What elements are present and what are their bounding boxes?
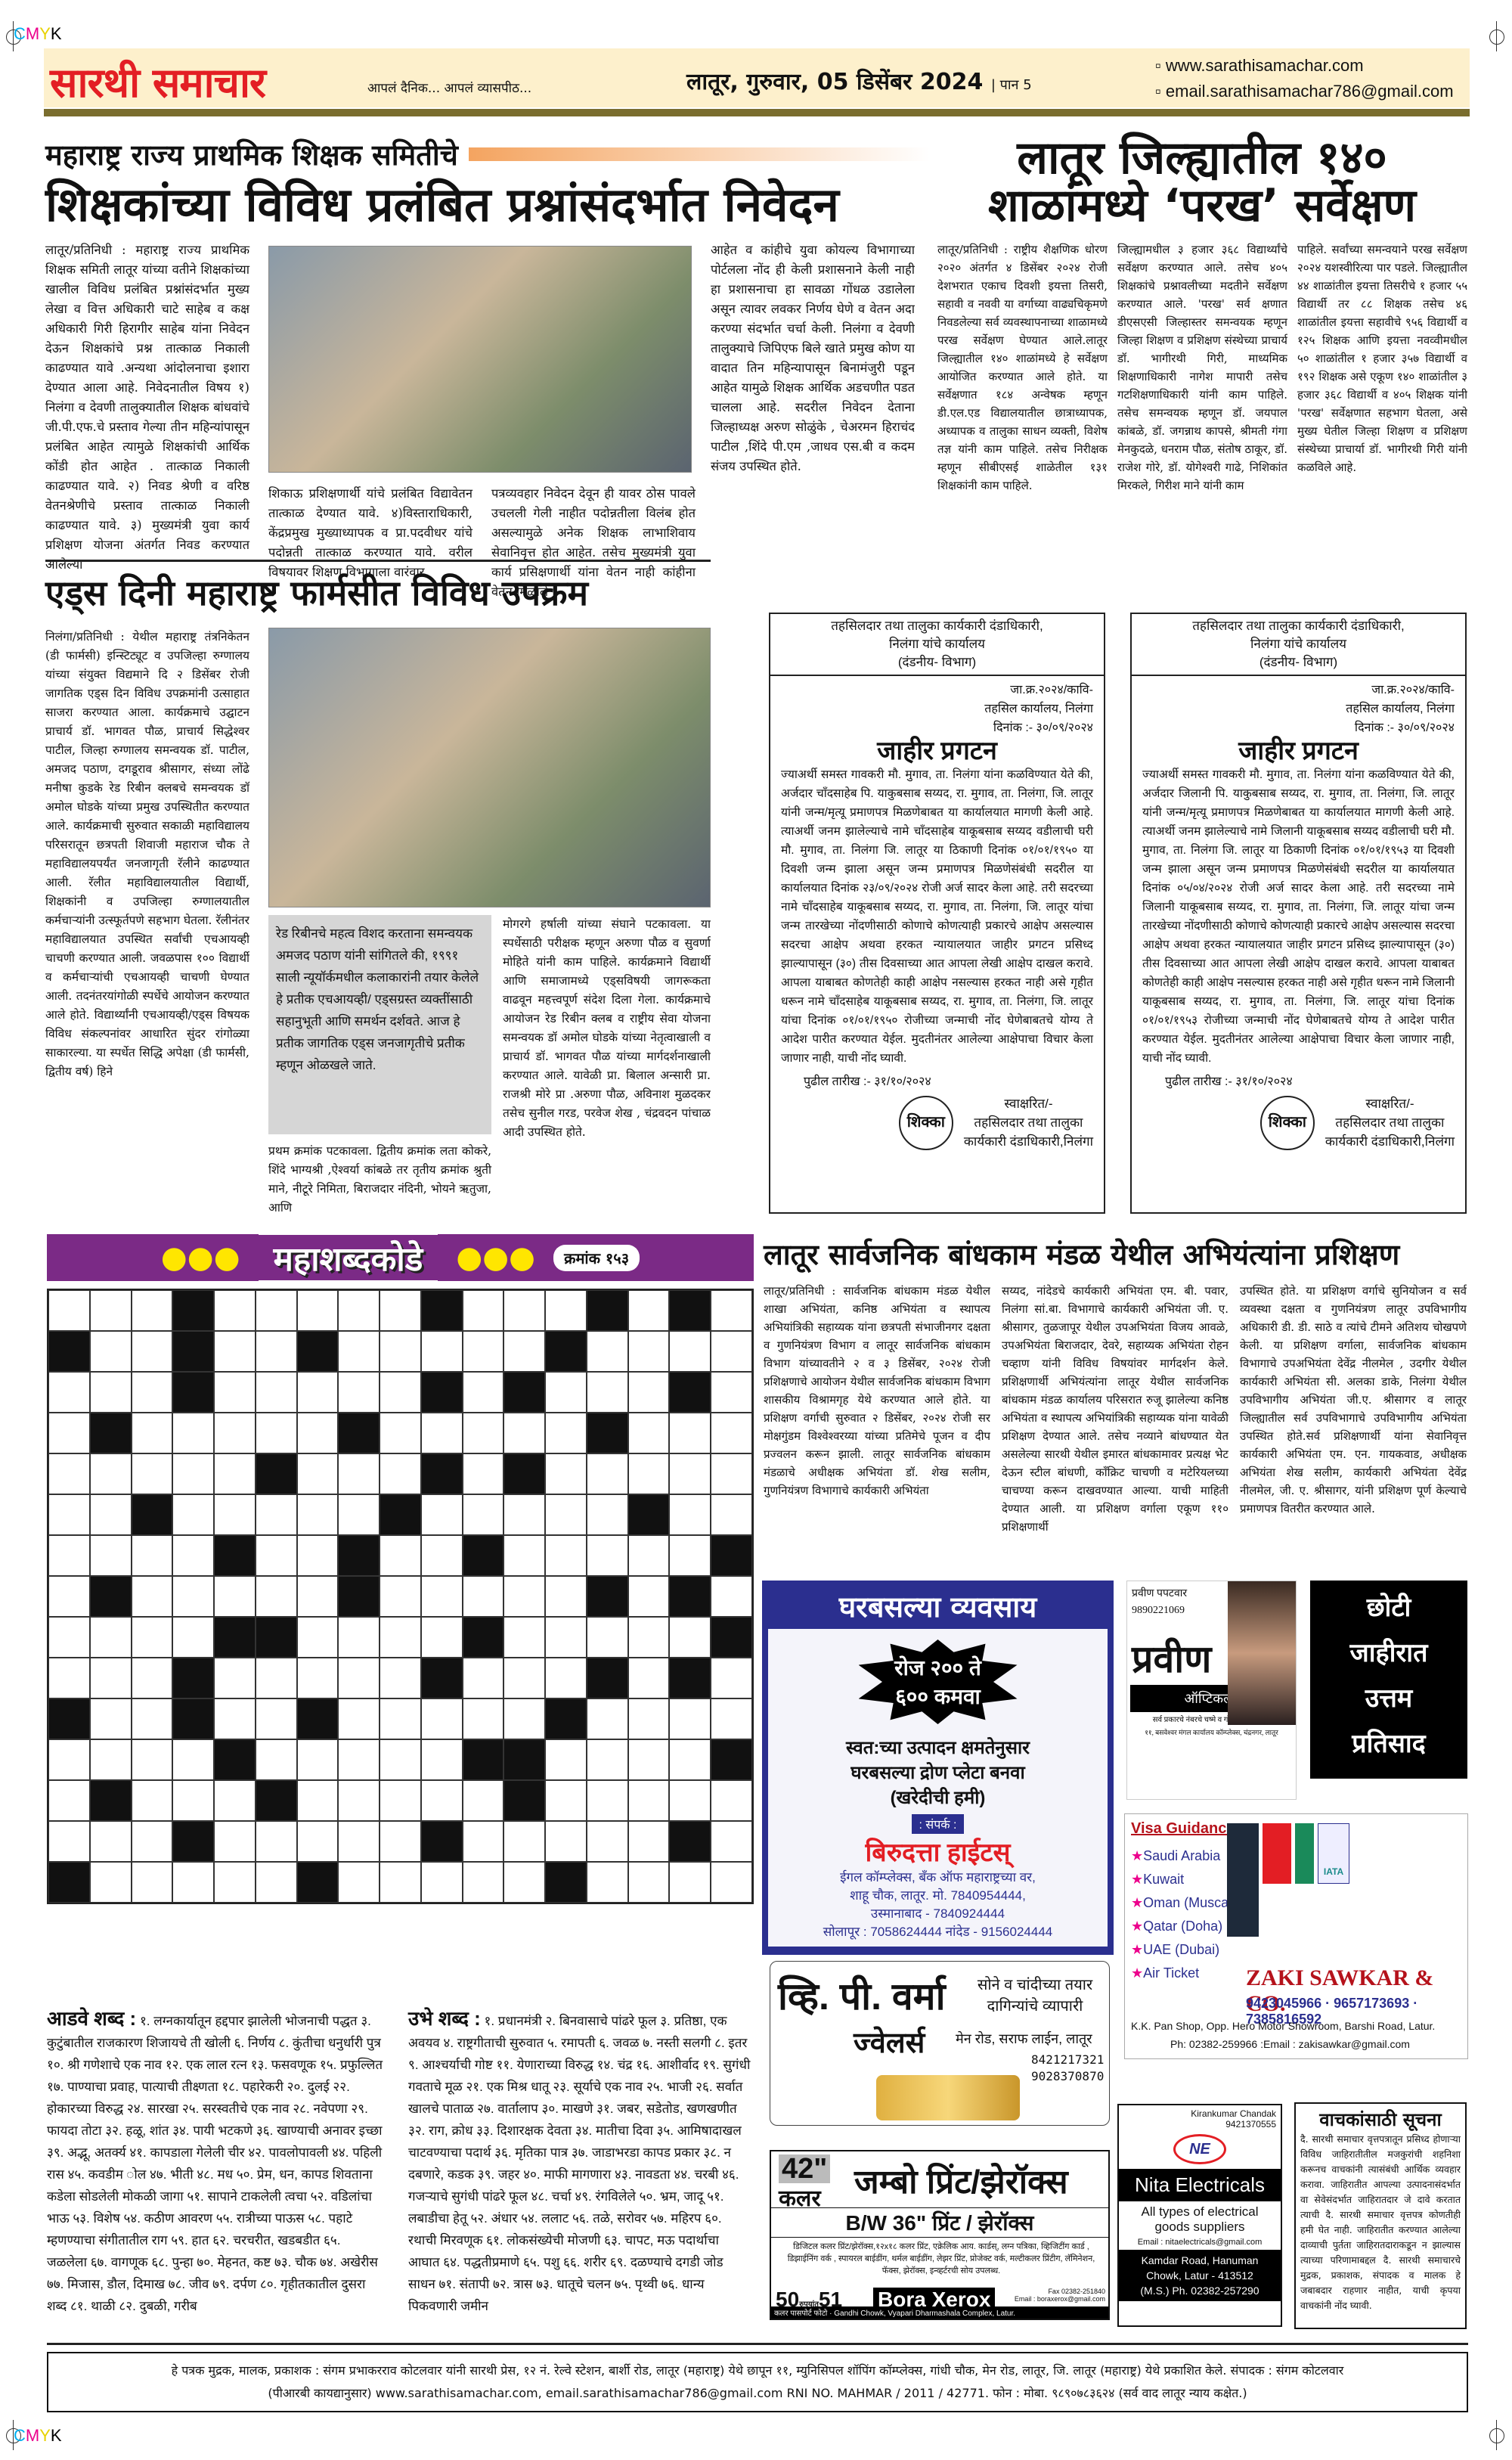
crossword-cell[interactable] <box>256 1658 297 1698</box>
crossword-cell[interactable] <box>380 1290 421 1331</box>
crossword-cell <box>587 1413 628 1453</box>
bw-line: B/W 36" प्रिंट / झेरॉक्स <box>771 2207 1108 2238</box>
seal-stamp: शिक्का <box>1260 1096 1315 1150</box>
crossword-cell[interactable] <box>48 1290 90 1331</box>
crossword-cell[interactable] <box>628 1739 670 1780</box>
signature: स्वाक्षरित/- <box>964 1094 1093 1113</box>
crossword-cell[interactable] <box>48 1576 90 1617</box>
ad-phone: 9028370870 <box>1031 2069 1104 2083</box>
ad-address: उस्मानाबाद - 7840924444 <box>768 1905 1108 1923</box>
crossword-cell[interactable] <box>463 1290 504 1331</box>
notice-next-date: पुढील तारीख :- ३१/१०/२०२४ <box>781 1072 1093 1091</box>
crossword-cell[interactable] <box>132 1658 173 1698</box>
crossword-cell[interactable] <box>711 1494 752 1535</box>
crossword-cell[interactable] <box>669 1453 711 1494</box>
crossword-cell[interactable] <box>545 1658 587 1698</box>
crossword-cell <box>503 1780 545 1821</box>
crossword-cell[interactable] <box>338 1658 380 1698</box>
crossword-cell[interactable] <box>297 1535 339 1576</box>
crossword-cell <box>463 1617 504 1658</box>
crossword-cell <box>256 1453 297 1494</box>
crossword-cell <box>628 1494 670 1535</box>
notice-next-date: पुढील तारीख :- ३१/१०/२०२४ <box>1142 1072 1455 1091</box>
crossword-cell[interactable] <box>90 1698 132 1739</box>
masthead: सारथी समाचार आपलं दैनिक... आपलं व्यासपीठ… <box>44 48 1470 107</box>
signatory-office: कार्यकारी दंडाधिकारी,निलंगा <box>964 1132 1093 1151</box>
crossword-cell[interactable] <box>587 1372 628 1413</box>
crossword-cell[interactable] <box>132 1862 173 1903</box>
crossword-cell <box>421 1372 463 1413</box>
crossword-cell[interactable] <box>48 1372 90 1413</box>
ad-phone: 8421217321 <box>1031 2052 1104 2067</box>
crossword-cell[interactable] <box>628 1821 670 1862</box>
crossword-cell[interactable] <box>421 1413 463 1453</box>
crossword-cell[interactable] <box>463 1494 504 1535</box>
crossword-cell[interactable] <box>545 1821 587 1862</box>
crossword-cell <box>172 1290 214 1331</box>
crossword-cell[interactable] <box>338 1780 380 1821</box>
crossword-cell <box>90 1780 132 1821</box>
crossword-cell <box>338 1535 380 1576</box>
crossword-cell[interactable] <box>48 1821 90 1862</box>
crossword-cell[interactable] <box>214 1698 256 1739</box>
crossword-cell <box>463 1739 504 1780</box>
crossword-cell[interactable] <box>669 1617 711 1658</box>
crossword-cell[interactable] <box>711 1576 752 1617</box>
crossword-cell[interactable] <box>256 1413 297 1453</box>
crossword-cell[interactable] <box>380 1453 421 1494</box>
crossword-cell[interactable] <box>338 1821 380 1862</box>
crossword-cell[interactable] <box>48 1739 90 1780</box>
services-list: डिजिटल कलर प्रिंट/झेरॉक्स,१२x१८ कलर प्रि… <box>779 2241 1104 2277</box>
crossword-cell[interactable] <box>711 1821 752 1862</box>
crossword-cell[interactable] <box>628 1535 670 1576</box>
crossword-cell[interactable] <box>545 1453 587 1494</box>
notice-dept: (दंडनीय- विभाग) <box>770 653 1104 672</box>
crossword-cell <box>503 1372 545 1413</box>
crossword-cell[interactable] <box>90 1739 132 1780</box>
story-teachers-col2: शिकाऊ प्रशिक्षणार्थी यांचे प्रलंबित विद्… <box>268 484 472 582</box>
crossword-cell[interactable] <box>338 1453 380 1494</box>
crossword-issue: क्रमांक १५३ <box>553 1245 640 1271</box>
crossword-cell[interactable] <box>132 1290 173 1331</box>
notice-title: जाहीर प्रगटन <box>1142 742 1455 761</box>
registration-mark <box>1488 2420 1506 2450</box>
crossword-cell[interactable] <box>256 1821 297 1862</box>
crossword-cell[interactable] <box>172 1862 214 1903</box>
crossword-cell[interactable] <box>172 1617 214 1658</box>
crossword-cell[interactable] <box>90 1331 132 1372</box>
brand-sub: ज्वेलर्स <box>854 2022 925 2061</box>
crossword-cell <box>587 1658 628 1698</box>
crossword-cell[interactable] <box>48 1453 90 1494</box>
crossword-cell[interactable] <box>380 1331 421 1372</box>
crossword-cell[interactable] <box>380 1739 421 1780</box>
crossword-cell[interactable] <box>545 1494 587 1535</box>
crossword-grid[interactable] <box>47 1289 754 1904</box>
crossword-cell[interactable] <box>214 1862 256 1903</box>
crossword-cell[interactable] <box>545 1617 587 1658</box>
crossword-cell[interactable] <box>297 1658 339 1698</box>
story-parakh: लातूर जिल्ह्यातील १४० शाळांमध्ये ‘परख’ स… <box>937 135 1467 230</box>
crossword-cell[interactable] <box>90 1821 132 1862</box>
crossword-cell[interactable] <box>463 1658 504 1698</box>
crossword-cell <box>545 1698 587 1739</box>
crossword-cell[interactable] <box>256 1698 297 1739</box>
crossword-cell[interactable] <box>545 1739 587 1780</box>
crossword-cell[interactable] <box>132 1780 173 1821</box>
crossword-cell[interactable] <box>669 1535 711 1576</box>
crossword-cell[interactable] <box>256 1494 297 1535</box>
crossword-cell[interactable] <box>628 1413 670 1453</box>
crossword-cell[interactable] <box>214 1331 256 1372</box>
story-pwd-headline: लातूर सार्वजनिक बांधकाम मंडळ येथील अभियं… <box>764 1240 1467 1270</box>
crossword-cell[interactable] <box>256 1372 297 1413</box>
ad-contact: Ph: 02382-259966 :Email : zakisawkar@gma… <box>1170 2038 1410 2050</box>
crossword-cell[interactable] <box>338 1862 380 1903</box>
story-teachers-col1: लातूर/प्रतिनिधी : महाराष्ट्र राज्य प्राथ… <box>45 240 249 575</box>
red-ribbon-sidebar: रेड रिबीनचे महत्व विशद करताना समन्वयक अम… <box>268 915 491 1134</box>
crossword-cell[interactable] <box>380 1658 421 1698</box>
story-headline: शिक्षकांच्या विविध प्रलंबित प्रश्नांसंदर… <box>45 180 930 229</box>
story-kicker: महाराष्ट्र राज्य प्राथमिक शिक्षक समितीचे <box>45 135 458 174</box>
crossword-cell[interactable] <box>545 1576 587 1617</box>
imprint-line1: हे पत्रक मुद्रक, मालक, प्रकाशक : संगम प्… <box>54 2359 1461 2382</box>
ad-desc: All types of electrical <box>1119 2204 1281 2220</box>
crossword-cell[interactable] <box>669 1413 711 1453</box>
notice-office-line2: निलंगा यांचे कार्यालय <box>770 635 1104 653</box>
crossword-cell <box>256 1780 297 1821</box>
crossword-cell[interactable] <box>503 1576 545 1617</box>
ad-line: घरबसल्या द्रोण प्लेटा बनवा <box>768 1760 1108 1785</box>
crossword-cell[interactable] <box>338 1290 380 1331</box>
crossword-cell[interactable] <box>628 1862 670 1903</box>
crossword-cell[interactable] <box>90 1453 132 1494</box>
crossword-cell[interactable] <box>132 1413 173 1453</box>
brand-name: Nita Electricals <box>1119 2169 1281 2201</box>
crossword-cell[interactable] <box>587 1821 628 1862</box>
ad-address: शाहू चौक, लातूर. मो. 7840954444, <box>768 1887 1108 1905</box>
crossword-cell[interactable] <box>172 1494 214 1535</box>
crossword-cell[interactable] <box>90 1658 132 1698</box>
crossword-cell[interactable] <box>90 1617 132 1658</box>
crossword-cell[interactable] <box>214 1576 256 1617</box>
crossword-cell[interactable] <box>214 1780 256 1821</box>
story-aids-col2: प्रथम क्रमांक पटकावला. द्वितीय क्रमांक ल… <box>268 1142 491 1218</box>
crossword-cell[interactable] <box>214 1413 256 1453</box>
story-parakh-col3: पाहिले. सर्वांच्या समन्वयाने परख सर्वेक्… <box>1297 240 1467 552</box>
crossword-cell[interactable] <box>587 1617 628 1658</box>
crossword-cell[interactable] <box>90 1290 132 1331</box>
crossword-cell[interactable] <box>338 1494 380 1535</box>
crossword-cell[interactable] <box>587 1780 628 1821</box>
crossword-cell[interactable] <box>669 1739 711 1780</box>
crossword-cell <box>463 1535 504 1576</box>
crossword-cell[interactable] <box>172 1413 214 1453</box>
crossword-cell[interactable] <box>463 1862 504 1903</box>
crossword-cell[interactable] <box>90 1862 132 1903</box>
crossword-cell[interactable] <box>256 1862 297 1903</box>
crossword-cell[interactable] <box>48 1494 90 1535</box>
signatory-title: तहसिलदार तथा तालुका <box>1325 1113 1455 1132</box>
crossword-cell[interactable] <box>463 1372 504 1413</box>
crossword-cell[interactable] <box>297 1494 339 1535</box>
crossword-cell[interactable] <box>132 1576 173 1617</box>
crossword-cell <box>214 1739 256 1780</box>
crossword-cell[interactable] <box>256 1290 297 1331</box>
crossword-cell[interactable] <box>132 1821 173 1862</box>
registration-mark <box>1488 21 1506 51</box>
crossword-cell[interactable] <box>711 1331 752 1372</box>
crossword-cell <box>545 1331 587 1372</box>
crossword-cell[interactable] <box>503 1617 545 1658</box>
notice-office: तहसिलदार तथा तालुका कार्यकारी दंडाधिकारी… <box>770 617 1104 635</box>
crossword-cell[interactable] <box>297 1821 339 1862</box>
crossword-cell[interactable] <box>214 1372 256 1413</box>
crossword-cell[interactable] <box>463 1576 504 1617</box>
crossword-cell[interactable] <box>132 1739 173 1780</box>
crossword-cell[interactable] <box>172 1739 214 1780</box>
crossword-cell[interactable] <box>172 1453 214 1494</box>
crossword-cell <box>172 1658 214 1698</box>
jewellery-image <box>876 2075 1020 2120</box>
crossword-cell[interactable] <box>172 1576 214 1617</box>
crossword-cell[interactable] <box>587 1494 628 1535</box>
crossword-cell[interactable] <box>628 1658 670 1698</box>
crossword-cell[interactable] <box>669 1780 711 1821</box>
ad-address: K.K. Pan Shop, Opp. Hero Motor Showroom,… <box>1131 2020 1435 2032</box>
crossword-cell[interactable] <box>628 1331 670 1372</box>
crossword-cell[interactable] <box>256 1535 297 1576</box>
crossword-cell[interactable] <box>463 1821 504 1862</box>
crossword-cell[interactable] <box>172 1780 214 1821</box>
crossword-cell[interactable] <box>669 1494 711 1535</box>
crossword-cell[interactable] <box>132 1331 173 1372</box>
contact-label: : संपर्क : <box>912 1814 965 1834</box>
crossword-cell[interactable] <box>132 1453 173 1494</box>
crossword-cell[interactable] <box>214 1290 256 1331</box>
crossword-cell[interactable] <box>297 1372 339 1413</box>
crossword-cell[interactable] <box>545 1535 587 1576</box>
dots-icon: ●●● <box>456 1240 535 1275</box>
website-link[interactable]: ▫ www.sarathisamachar.com <box>1155 56 1364 76</box>
crossword-cell[interactable] <box>421 1494 463 1535</box>
crossword-cell[interactable] <box>628 1372 670 1413</box>
crossword-cell[interactable] <box>711 1698 752 1739</box>
crossword-cell[interactable] <box>503 1698 545 1739</box>
crossword-cell[interactable] <box>669 1698 711 1739</box>
crossword-cell[interactable] <box>421 1780 463 1821</box>
story-teachers-col4: आहेत व कांहीचे युवा कोयल्य विभागाच्या पो… <box>711 240 915 552</box>
crossword-cell[interactable] <box>628 1290 670 1331</box>
crossword-cell <box>669 1576 711 1617</box>
crossword-cell[interactable] <box>421 1739 463 1780</box>
notice-dept: (दंडनीय- विभाग) <box>1132 653 1465 672</box>
crossword-cell[interactable] <box>463 1780 504 1821</box>
crossword-cell[interactable] <box>256 1576 297 1617</box>
crossword-cell <box>214 1617 256 1658</box>
ad-line: स्वत:च्या उत्पादन क्षमतेनुसार <box>768 1735 1108 1760</box>
crossword-cell[interactable] <box>711 1780 752 1821</box>
crossword-cell[interactable] <box>711 1372 752 1413</box>
crossword-cell[interactable] <box>628 1453 670 1494</box>
public-notice-1: तहसिलदार तथा तालुका कार्यकारी दंडाधिकारी… <box>769 613 1105 1214</box>
crossword-cell[interactable] <box>380 1617 421 1658</box>
crossword-cell[interactable] <box>421 1698 463 1739</box>
crossword-cell[interactable] <box>421 1862 463 1903</box>
crossword-cell[interactable] <box>380 1413 421 1453</box>
crossword-cell[interactable] <box>214 1658 256 1698</box>
crossword-cell <box>711 1739 752 1780</box>
crossword-cell[interactable] <box>711 1453 752 1494</box>
crossword-cell[interactable] <box>338 1698 380 1739</box>
crossword-cell[interactable] <box>421 1331 463 1372</box>
crossword-cell[interactable] <box>297 1739 339 1780</box>
crossword-cell[interactable] <box>463 1698 504 1739</box>
crossword-cell[interactable] <box>132 1617 173 1658</box>
crossword-cell[interactable] <box>587 1453 628 1494</box>
crossword-cell[interactable] <box>545 1290 587 1331</box>
ad-address: ईगल कॉम्प्लेक्स, बॅंक ऑफ महाराष्ट्रच्या … <box>768 1869 1108 1887</box>
crossword-cell[interactable] <box>214 1494 256 1535</box>
crossword-cell[interactable] <box>90 1494 132 1535</box>
crossword-cell[interactable] <box>545 1372 587 1413</box>
crossword-cell[interactable] <box>628 1617 670 1658</box>
crossword-cell[interactable] <box>463 1413 504 1453</box>
crossword-cell[interactable] <box>297 1290 339 1331</box>
crossword-cell[interactable] <box>380 1535 421 1576</box>
crossword-cell <box>669 1372 711 1413</box>
crossword-cell[interactable] <box>503 1290 545 1331</box>
crossword-cell[interactable] <box>628 1576 670 1617</box>
crossword-cell[interactable] <box>503 1331 545 1372</box>
crossword-cell[interactable] <box>48 1780 90 1821</box>
crossword-cell <box>421 1290 463 1331</box>
crossword-cell[interactable] <box>338 1372 380 1413</box>
crossword-cell[interactable] <box>297 1413 339 1453</box>
crossword-cell[interactable] <box>256 1331 297 1372</box>
crossword-cell[interactable] <box>421 1576 463 1617</box>
crossword-cell[interactable] <box>297 1453 339 1494</box>
crossword-cell[interactable] <box>711 1290 752 1331</box>
public-notice-2: तहसिलदार तथा तालुका कार्यकारी दंडाधिकारी… <box>1130 613 1467 1214</box>
crossword-cell[interactable] <box>587 1331 628 1372</box>
crossword-cell[interactable] <box>48 1617 90 1658</box>
crossword-cell[interactable] <box>587 1739 628 1780</box>
crossword-cell[interactable] <box>48 1658 90 1698</box>
ad-address: मेन रोड, सराफ लाईन, लातूर <box>956 2030 1092 2048</box>
crossword-cell[interactable] <box>256 1739 297 1780</box>
crossword-cell[interactable] <box>587 1535 628 1576</box>
crossword-cell[interactable] <box>297 1617 339 1658</box>
notice-ref: जा.क्र.२०२४/कावि- <box>1142 681 1455 700</box>
ad-line: उत्तम <box>1310 1676 1467 1721</box>
readers-notice: वाचकांसाठी सूचना दै. सारथी समाचार वृत्तप… <box>1294 2102 1467 2329</box>
crossword-cell[interactable] <box>463 1453 504 1494</box>
ad-line: जाहीरात <box>1310 1630 1467 1676</box>
email-link[interactable]: ▫ email.sarathisamachar786@gmail.com <box>1155 82 1454 101</box>
crossword-cell[interactable] <box>503 1494 545 1535</box>
crossword-cell[interactable] <box>545 1780 587 1821</box>
crossword-cell[interactable] <box>297 1780 339 1821</box>
crossword-cell[interactable] <box>628 1698 670 1739</box>
across-clues: आडवे शब्द : १. लग्नकार्यातून हद्दपार झाल… <box>47 2008 383 2317</box>
crossword-cell[interactable] <box>421 1535 463 1576</box>
crossword-cell <box>711 1535 752 1576</box>
crossword-cell[interactable] <box>380 1698 421 1739</box>
crossword-cell[interactable] <box>587 1862 628 1903</box>
crossword-cell[interactable] <box>711 1658 752 1698</box>
crossword-cell[interactable] <box>669 1862 711 1903</box>
story-parakh-col2: जिल्ह्यामधील ३ हजार ३६८ विद्यार्थ्यांचे … <box>1117 240 1287 552</box>
ad-contact: Fax 02382-251840Email : boraxerox@gmail.… <box>1015 2288 1105 2303</box>
iata-logo: IATA <box>1318 1823 1349 1884</box>
crossword-cell[interactable] <box>214 1821 256 1862</box>
crossword-cell[interactable] <box>214 1453 256 1494</box>
story-photo-rally <box>268 628 711 907</box>
visa-item: ★UAE (Dubai) <box>1131 1938 1237 1962</box>
crossword-cell[interactable] <box>587 1698 628 1739</box>
crossword-cell[interactable] <box>628 1780 670 1821</box>
crossword-cell[interactable] <box>90 1535 132 1576</box>
crossword-cell[interactable] <box>338 1617 380 1658</box>
crossword-cell[interactable] <box>297 1576 339 1617</box>
crossword-cell[interactable] <box>503 1658 545 1698</box>
crossword-cell[interactable] <box>380 1576 421 1617</box>
crossword-cell[interactable] <box>380 1821 421 1862</box>
crossword-cell[interactable] <box>338 1331 380 1372</box>
crossword-cell[interactable] <box>338 1739 380 1780</box>
crossword-cell[interactable] <box>503 1535 545 1576</box>
ad-small-classified: छोटी जाहीरात उत्तम प्रतिसाद <box>1310 1581 1467 1779</box>
crossword-cell[interactable] <box>380 1372 421 1413</box>
crossword-cell[interactable] <box>90 1372 132 1413</box>
crossword-cell[interactable] <box>132 1698 173 1739</box>
ad-email: Email : nitaelectricals@gmail.com <box>1119 2238 1281 2247</box>
imprint-footer: हे पत्रक मुद्रक, मालक, प्रकाशक : संगम प्… <box>47 2352 1468 2412</box>
divider <box>45 560 711 562</box>
ad-praveen-opticals: प्रवीण पपटवार 9890221069 प्रवीण ऑप्टिकल्… <box>1126 1581 1297 1800</box>
crossword-cell[interactable] <box>132 1372 173 1413</box>
ad-verma-jewellers: व्हि. पी. वर्मा ज्वेलर्स सोने व चांदीच्य… <box>770 1961 1110 2126</box>
crossword-cell[interactable] <box>503 1821 545 1862</box>
crossword-cell[interactable] <box>503 1862 545 1903</box>
crossword-cell[interactable] <box>669 1331 711 1372</box>
crossword-cell[interactable] <box>172 1535 214 1576</box>
crossword-cell[interactable] <box>48 1413 90 1453</box>
crossword-cell[interactable] <box>711 1862 752 1903</box>
notice-ref: जा.क्र.२०२४/कावि- <box>781 681 1093 700</box>
passport-icon <box>1227 1823 1259 1937</box>
ad-company: बिरुदत्ता हाईटस् <box>768 1834 1108 1869</box>
crossword-cell[interactable] <box>545 1413 587 1453</box>
ad-nita-electricals: Kirankumar Chandak9421370555 NE Nita Ele… <box>1117 2104 1282 2327</box>
notice-place: तहसिल कार्यालय, निलंगा <box>1142 700 1455 718</box>
crossword-cell[interactable] <box>380 1780 421 1821</box>
crossword-cell <box>338 1576 380 1617</box>
ad-line: दागिन्यांचे व्यापारी <box>963 1995 1107 2015</box>
crossword-cell[interactable] <box>503 1413 545 1453</box>
crossword-cell[interactable] <box>463 1331 504 1372</box>
crossword-cell <box>338 1413 380 1453</box>
crossword-cell[interactable] <box>421 1617 463 1658</box>
masthead-rule <box>44 109 1470 116</box>
crossword-cell[interactable] <box>48 1535 90 1576</box>
crossword-cell[interactable] <box>711 1413 752 1453</box>
crossword-cell[interactable] <box>132 1535 173 1576</box>
crossword-cell[interactable] <box>380 1862 421 1903</box>
crossword-cell <box>421 1821 463 1862</box>
